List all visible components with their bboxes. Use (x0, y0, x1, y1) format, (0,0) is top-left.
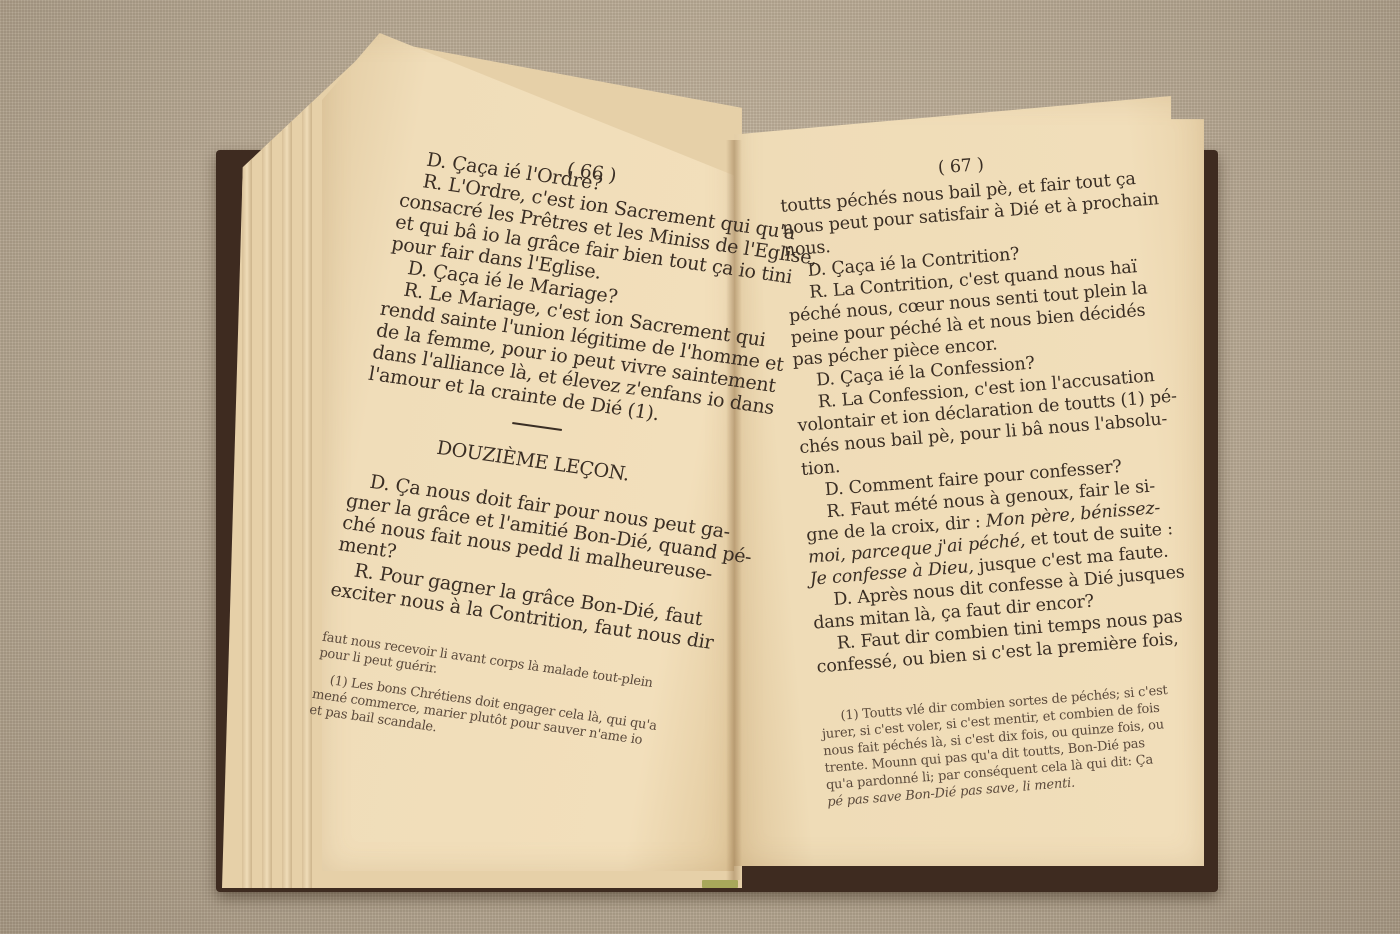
text-line: tion. (801, 459, 841, 480)
text-line: nous. (783, 239, 831, 260)
page-number: ( 67 ) (937, 157, 984, 178)
photo-scene: ( 66 ) D. Çaça ié l'Ordre? R. L'Ordre, c… (0, 0, 1400, 934)
bookmark-ribbon (702, 880, 738, 888)
